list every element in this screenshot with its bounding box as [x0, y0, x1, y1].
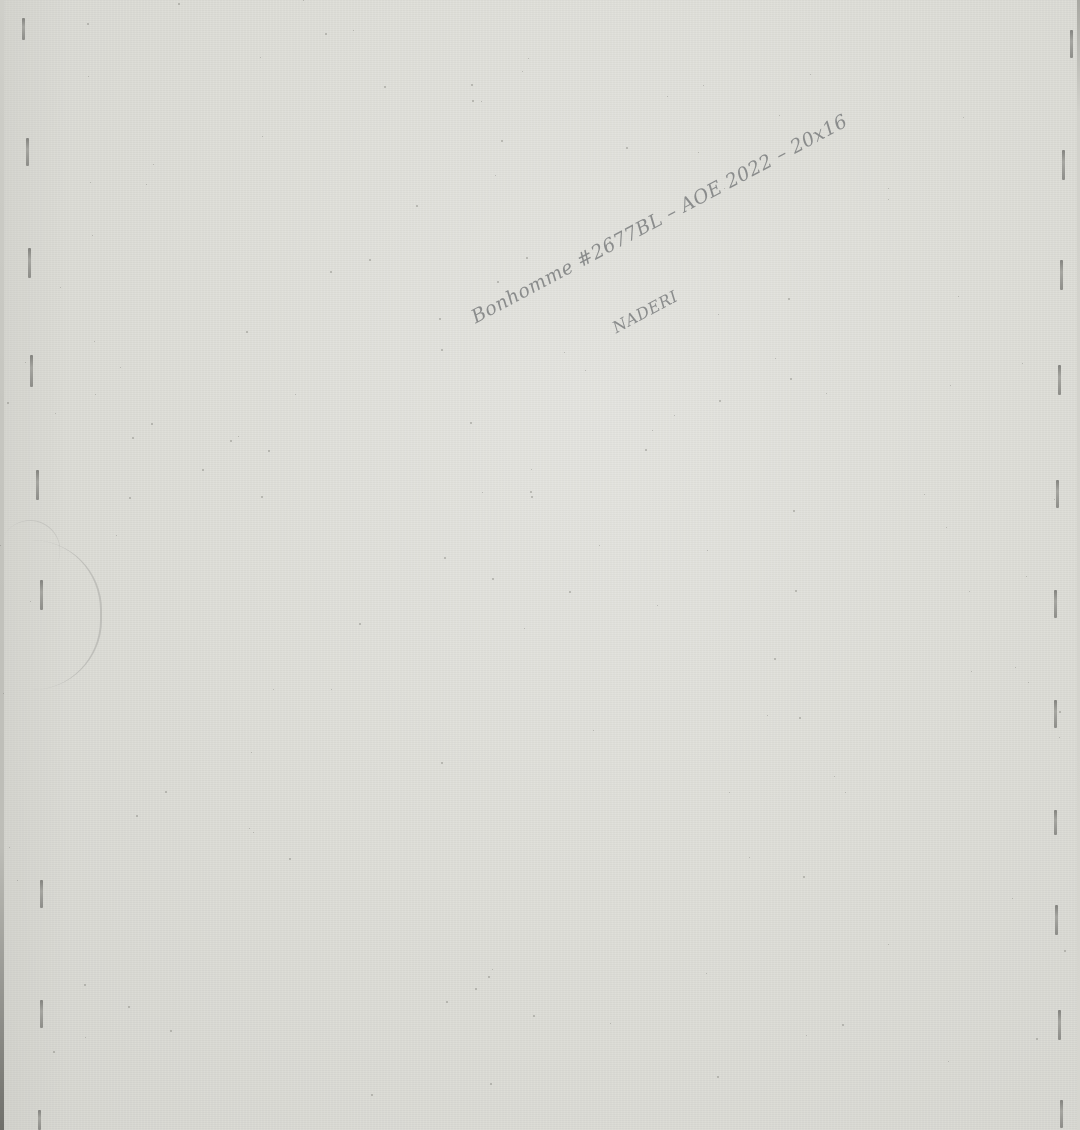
canvas-speck	[774, 658, 776, 660]
canvas-speck	[0, 545, 1, 546]
canvas-speck	[950, 385, 951, 386]
canvas-speck	[246, 331, 248, 333]
canvas-speck	[359, 623, 361, 625]
canvas-speck	[1022, 363, 1023, 364]
canvas-back: Bonhomme #2677BL – AOE 2022 – 20x16 NADE…	[0, 0, 1080, 1130]
canvas-speck	[9, 847, 10, 848]
canvas-speck	[371, 1094, 373, 1096]
canvas-speck	[88, 76, 89, 77]
canvas-speck	[530, 491, 532, 493]
canvas-speck	[55, 413, 56, 414]
staple	[1055, 905, 1058, 935]
canvas-speck	[295, 394, 296, 395]
canvas-speck	[30, 601, 31, 602]
canvas-speck	[845, 792, 846, 793]
canvas-speck	[599, 545, 600, 546]
canvas-speck	[788, 298, 790, 300]
canvas-speck	[230, 440, 232, 442]
canvas-speck	[132, 437, 134, 439]
canvas-speck	[151, 423, 153, 425]
canvas-speck	[767, 715, 768, 716]
canvas-speck	[698, 152, 699, 153]
canvas-speck	[775, 358, 776, 359]
canvas-speck	[888, 199, 889, 200]
canvas-speck	[779, 115, 780, 116]
canvas-speck	[92, 235, 93, 236]
canvas-speck	[946, 527, 947, 528]
canvas-speck	[564, 352, 565, 353]
canvas-speck	[273, 689, 274, 690]
staple	[1062, 150, 1065, 180]
canvas-speck	[803, 876, 805, 878]
canvas-speck	[610, 1023, 611, 1024]
staple	[28, 248, 31, 278]
staple	[1060, 1100, 1063, 1128]
canvas-speck	[795, 590, 797, 592]
canvas-speck	[490, 1083, 492, 1085]
canvas-speck	[170, 1030, 172, 1032]
canvas-speck	[1026, 576, 1027, 577]
canvas-speck	[799, 717, 801, 719]
canvas-speck	[1028, 682, 1029, 683]
canvas-speck	[526, 257, 528, 259]
canvas-speck	[531, 469, 532, 470]
canvas-speck	[492, 969, 493, 970]
canvas-speck	[471, 84, 473, 86]
canvas-speck	[707, 550, 708, 551]
canvas-speck	[492, 578, 494, 580]
canvas-speck	[924, 494, 925, 495]
canvas-speck	[888, 944, 889, 945]
canvas-speck	[116, 535, 117, 536]
canvas-speck	[384, 86, 386, 88]
canvas-speck	[475, 988, 477, 990]
canvas-speck	[703, 85, 704, 86]
canvas-speck	[810, 74, 811, 75]
canvas-speck	[531, 496, 533, 498]
staple	[1058, 365, 1061, 395]
staple	[30, 355, 33, 387]
canvas-speck	[1064, 950, 1066, 952]
canvas-speck	[60, 287, 61, 288]
staple	[1054, 590, 1057, 618]
canvas-speck	[90, 182, 91, 183]
canvas-speck	[969, 591, 970, 592]
staple	[1054, 700, 1057, 728]
canvas-speck	[7, 402, 9, 404]
canvas-speck	[1036, 1038, 1038, 1040]
canvas-speck	[749, 857, 750, 858]
canvas-speck	[249, 828, 250, 829]
canvas-speck	[94, 341, 95, 342]
staple	[1054, 810, 1057, 835]
canvas-speck	[136, 815, 138, 817]
canvas-speck	[593, 730, 594, 731]
canvas-speck	[481, 101, 482, 102]
canvas-speck	[826, 393, 827, 394]
canvas-speck	[569, 591, 571, 593]
canvas-speck	[120, 367, 121, 368]
canvas-speck	[501, 140, 503, 142]
canvas-speck	[325, 33, 327, 35]
staple	[26, 138, 29, 166]
canvas-speck	[441, 762, 443, 764]
canvas-speck	[834, 776, 835, 777]
staple	[22, 18, 25, 40]
canvas-speck	[472, 100, 474, 102]
canvas-speck	[53, 1051, 55, 1053]
staple	[1058, 1010, 1061, 1040]
canvas-speck	[128, 1006, 130, 1008]
canvas-speck	[1012, 898, 1013, 899]
canvas-speck	[441, 349, 443, 351]
canvas-speck	[842, 1024, 844, 1026]
canvas-speck	[806, 1035, 807, 1036]
canvas-speck	[674, 415, 675, 416]
canvas-speck	[963, 117, 964, 118]
canvas-speck	[95, 394, 96, 395]
canvas-speck	[289, 858, 291, 860]
canvas-speck	[718, 314, 719, 315]
canvas-speck	[717, 1076, 719, 1078]
canvas-speck	[528, 58, 529, 59]
canvas-speck	[331, 689, 332, 690]
canvas-speck	[645, 449, 647, 451]
canvas-speck	[416, 205, 418, 207]
canvas-speck	[1015, 667, 1016, 668]
canvas-speck	[262, 136, 263, 137]
canvas-speck	[719, 400, 721, 402]
canvas-speck	[657, 605, 658, 606]
canvas-speck	[958, 296, 959, 297]
canvas-speck	[729, 792, 730, 793]
canvas-speck	[439, 318, 441, 320]
canvas-speck	[268, 450, 270, 452]
canvas-speck	[470, 422, 472, 424]
canvas-speck	[533, 1015, 535, 1017]
canvas-speck	[585, 370, 586, 371]
canvas-speck	[790, 378, 792, 380]
canvas-speck	[251, 752, 252, 753]
canvas-speck	[1059, 737, 1060, 738]
canvas-speck	[706, 973, 707, 974]
canvas-speck	[888, 188, 889, 189]
canvas-speck	[446, 1001, 448, 1003]
canvas-speck	[495, 175, 496, 176]
canvas-speck	[369, 259, 371, 261]
canvas-speck	[146, 184, 147, 185]
staple	[1056, 480, 1059, 508]
staple	[36, 470, 39, 500]
canvas-speck	[165, 791, 167, 793]
canvas-speck	[261, 496, 263, 498]
canvas-speck	[84, 984, 86, 986]
canvas-speck	[667, 96, 668, 97]
canvas-speck	[153, 164, 154, 165]
canvas-speck	[238, 436, 239, 437]
canvas-speck	[497, 281, 499, 283]
canvas-speck	[971, 671, 972, 672]
canvas-speck	[353, 30, 354, 31]
inscription-line-2: NADERI	[609, 287, 681, 337]
canvas-speck	[652, 430, 653, 431]
staple	[1070, 30, 1073, 58]
canvas-speck	[948, 1061, 949, 1062]
canvas-speck	[3, 693, 4, 694]
staple	[40, 1000, 43, 1028]
canvas-speck	[253, 832, 254, 833]
canvas-speck	[303, 0, 304, 1]
canvas-speck	[488, 976, 490, 978]
staple	[1060, 260, 1063, 290]
canvas-speck	[793, 510, 795, 512]
canvas-speck	[85, 1037, 86, 1038]
canvas-speck	[330, 271, 332, 273]
canvas-speck	[626, 147, 628, 149]
canvas-speck	[87, 23, 89, 25]
canvas-speck	[260, 57, 261, 58]
canvas-speck	[17, 880, 18, 881]
canvas-speck	[482, 492, 483, 493]
canvas-speck	[202, 469, 204, 471]
canvas-speck	[524, 628, 525, 629]
staple	[40, 580, 43, 610]
staple	[38, 1110, 41, 1130]
canvas-speck	[178, 3, 180, 5]
canvas-speck	[129, 497, 131, 499]
staple	[40, 880, 43, 908]
canvas-speck	[522, 71, 523, 72]
canvas-speck	[1059, 711, 1061, 713]
canvas-speck	[1054, 499, 1055, 500]
canvas-speck	[25, 362, 26, 363]
canvas-speck	[444, 557, 446, 559]
